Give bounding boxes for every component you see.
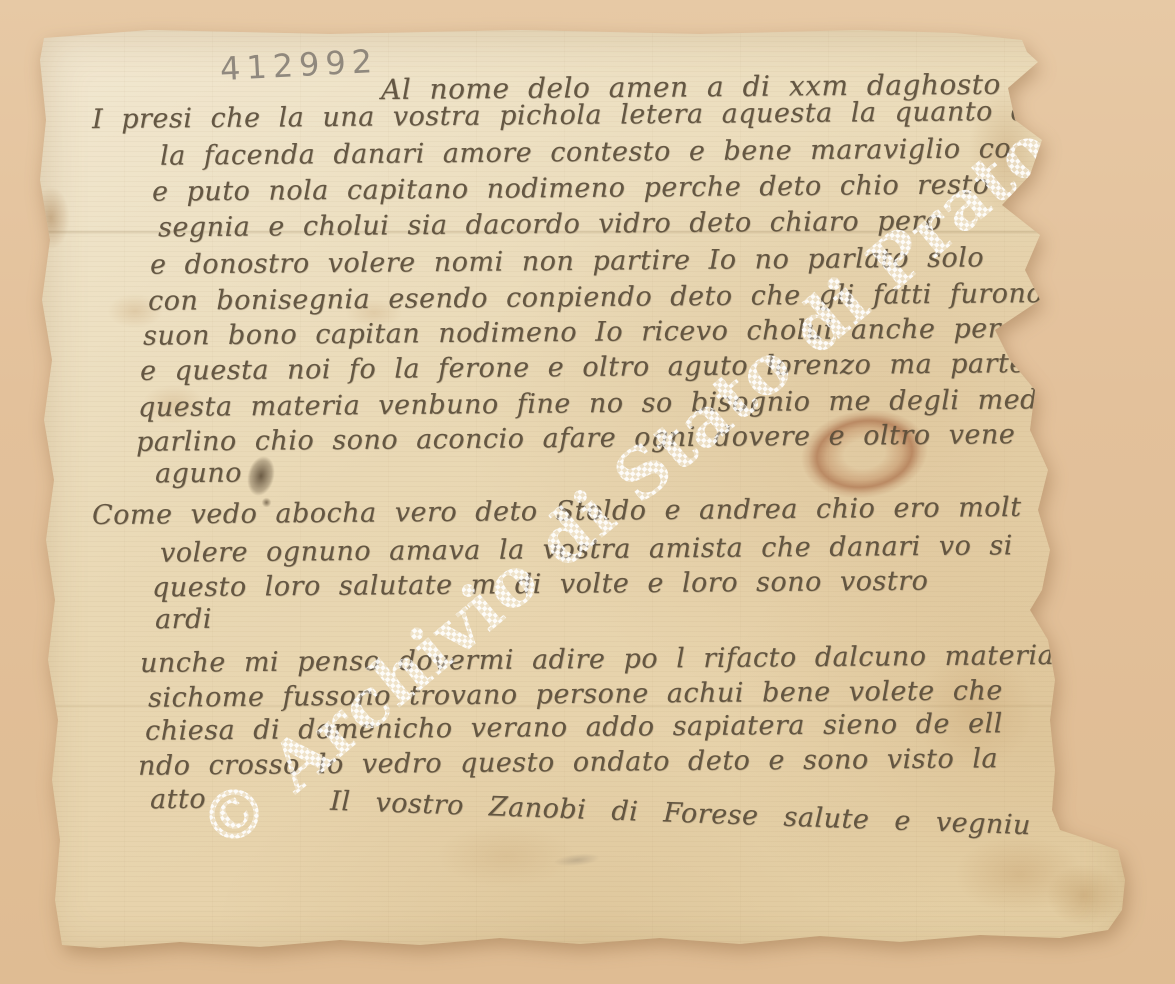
manuscript-line: aguno: [155, 458, 242, 490]
manuscript-line: parlino chio sono aconcio afare ogni dov…: [136, 419, 1016, 458]
gray-smudge: [545, 849, 608, 871]
manuscript-line: Come vedo abocha vero deto Stoldo e andr…: [92, 492, 1022, 531]
archive-number-pencil: 412992: [219, 42, 379, 88]
manuscript-line: segnia e cholui sia dacordo vidro deto c…: [158, 206, 942, 244]
manuscript-line: atto: [150, 784, 206, 815]
manuscript-line: e questa noi fo la ferone e oltro aguto …: [140, 348, 1026, 387]
manuscript-line: I presi che la una vostra pichola letera…: [92, 96, 1029, 135]
corner-protrusion-stain: [1034, 854, 1134, 936]
paper-shadow: 412992 Al nome delo amen a di xxm daghos…: [36, 26, 1132, 962]
manuscript-line: questo loro salutate m di volte e loro s…: [152, 566, 929, 604]
manuscript-line: sichome fussono trovano persone achui be…: [148, 675, 1003, 713]
bottom-center-stain: [414, 814, 599, 898]
manuscript-line: ndo crosso lo vedro questo ondato deto e…: [138, 743, 998, 782]
manuscript-line: ardi: [155, 604, 212, 635]
manuscript-line: questa materia venbuno fine no so bisogn…: [138, 384, 1104, 423]
manuscript-line: suon bono capitan nodimeno Io ricevo cho…: [143, 313, 1001, 351]
manuscript-line: la facenda danari amore contesto e bene …: [160, 133, 1011, 171]
manuscript-line: con bonisegnia esendo conpiendo deto che…: [148, 278, 1043, 317]
left-edge-stain: [26, 176, 76, 260]
manuscript-line: volere ognuno amava la vostra amista che…: [160, 530, 1013, 568]
manuscript-signature: Il vostro Zanobi di Forese salute e vegn…: [330, 786, 1032, 841]
manuscript-line: e donostro volere nomi non partire Io no…: [150, 242, 984, 280]
manuscript-scan: 412992 Al nome delo amen a di xxm daghos…: [0, 0, 1175, 984]
manuscript-line: e puto nola capitano nodimeno perche det…: [152, 169, 990, 207]
manuscript-line: chiesa di domenicho verano addo sapiater…: [145, 708, 1003, 746]
torn-paper-sheet: 412992 Al nome delo amen a di xxm daghos…: [36, 26, 1132, 962]
manuscript-line: unche mi penso dovermi adire po l rifact…: [140, 640, 1054, 679]
